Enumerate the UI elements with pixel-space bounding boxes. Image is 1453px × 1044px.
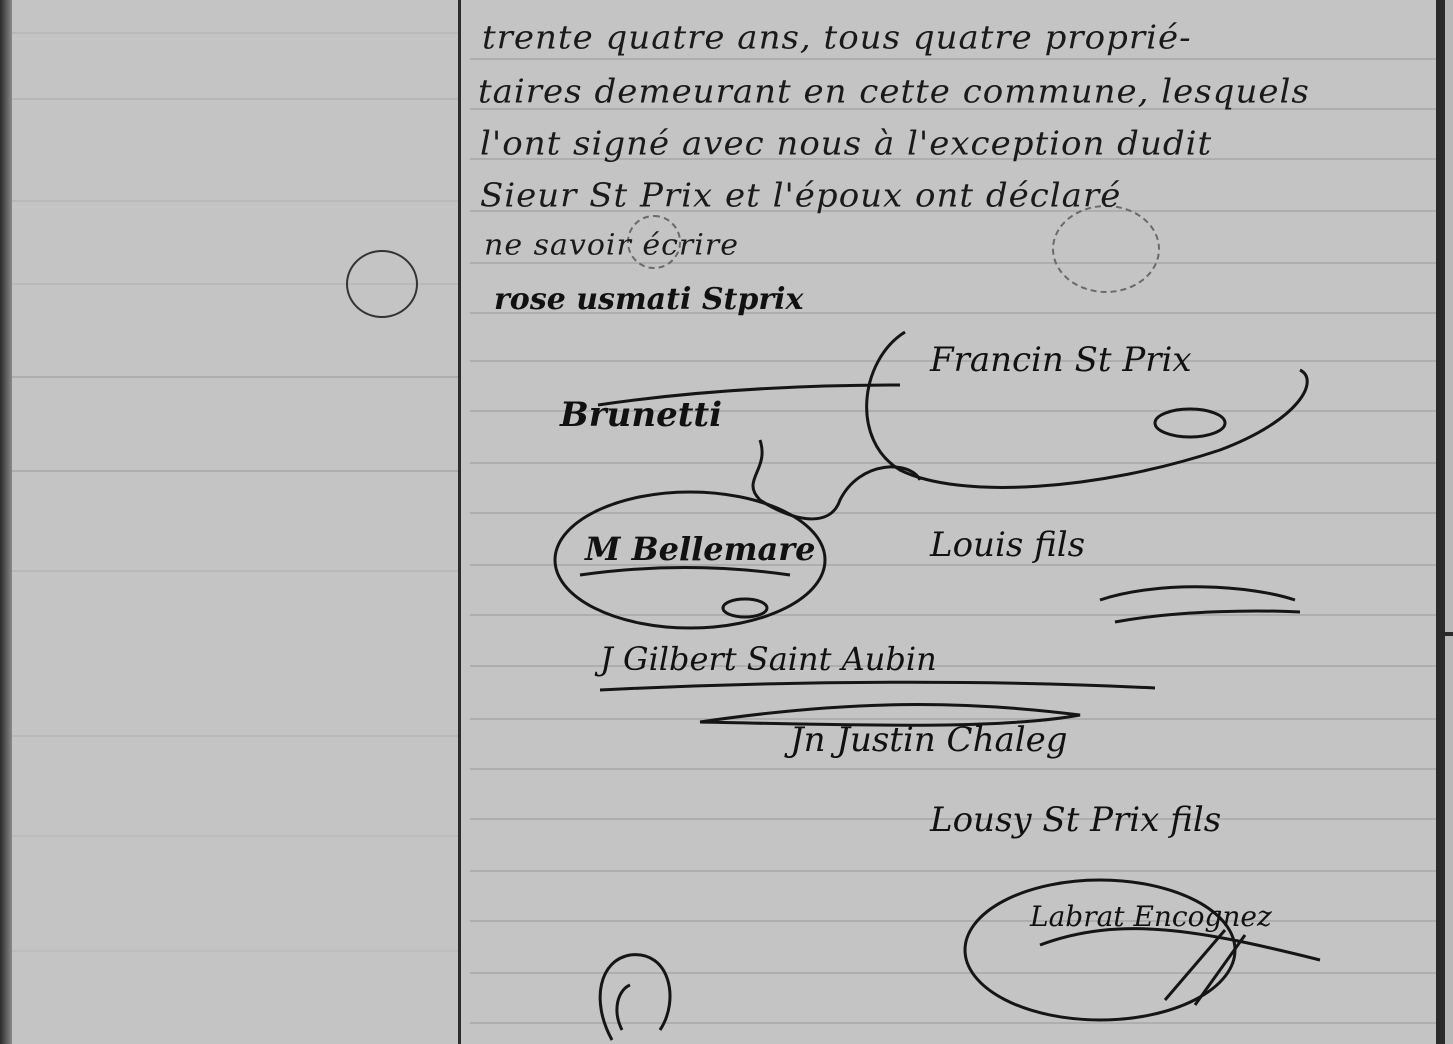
signature-flourishes — [0, 0, 1453, 1044]
signature-labrat-encognez: Labrat Encognez — [1030, 900, 1272, 933]
signature-justin-chaleg: Jn Justin Chaleg — [790, 720, 1068, 760]
signature-francin-st-prix: Francin St Prix — [930, 340, 1192, 380]
signature-louis-fils: Louis fils — [930, 525, 1085, 565]
signature-brunetti: Brunetti — [560, 395, 722, 435]
scanned-register-page: trente quatre ans, tous quatre proprié- … — [0, 0, 1453, 1044]
signature-gilbert-saint-aubin: J Gilbert Saint Aubin — [600, 640, 937, 678]
signature-lousy-st-prix-fils: Lousy St Prix fils — [930, 800, 1221, 840]
signature-bellemare: M Bellemare — [585, 530, 815, 568]
